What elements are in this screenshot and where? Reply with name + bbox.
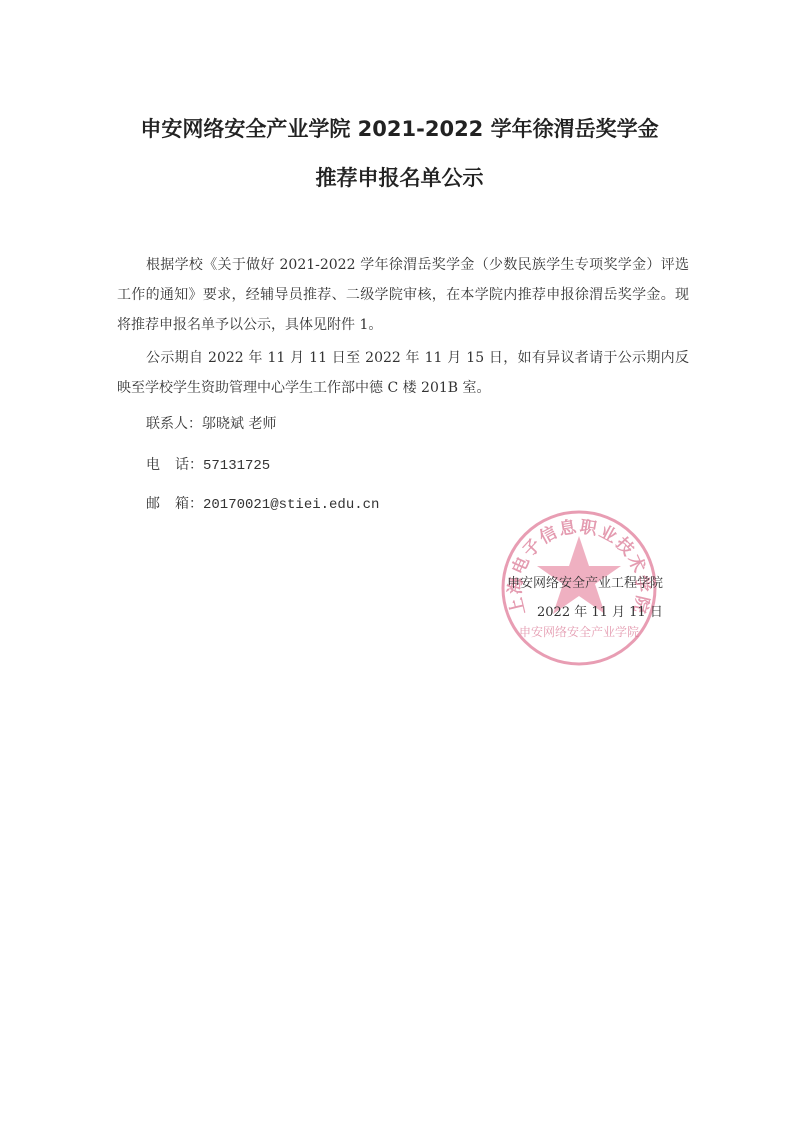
body-paragraph-1: 根据学校《关于做好 2021-2022 学年徐渭岳奖学金（少数民族学生专项奖学金… bbox=[117, 250, 689, 340]
contact-person-value: 邬晓斌 老师 bbox=[202, 416, 276, 432]
contact-email-label-b: 箱： bbox=[175, 496, 203, 512]
signature-org: 申安网络安全产业工程学院 bbox=[507, 572, 663, 591]
contact-phone: 电话：57131725 bbox=[146, 455, 270, 476]
contact-email: 邮箱：20170021@stiei.edu.cn bbox=[146, 494, 379, 515]
document-title-line1: 申安网络安全产业学院 2021-2022 学年徐渭岳奖学金 bbox=[0, 113, 799, 143]
contact-phone-label-b: 话： bbox=[175, 457, 203, 473]
contact-phone-label-a: 电 bbox=[146, 455, 175, 475]
contact-person-label: 联系人： bbox=[146, 416, 202, 432]
contact-email-value: 20170021@stiei.edu.cn bbox=[203, 497, 379, 513]
document-title-line2: 推荐申报名单公示 bbox=[0, 162, 799, 192]
body-paragraph-2: 公示期自 2022 年 11 月 11 日至 2022 年 11 月 15 日，… bbox=[117, 343, 689, 403]
signature-date: 2022 年 11 月 11 日 bbox=[537, 601, 663, 620]
contact-email-label-a: 邮 bbox=[146, 494, 175, 514]
contact-phone-value: 57131725 bbox=[203, 458, 270, 474]
contact-person: 联系人：邬晓斌 老师 bbox=[146, 414, 276, 434]
seal-bottom-text: 申安网络安全产业学院 bbox=[519, 624, 639, 639]
